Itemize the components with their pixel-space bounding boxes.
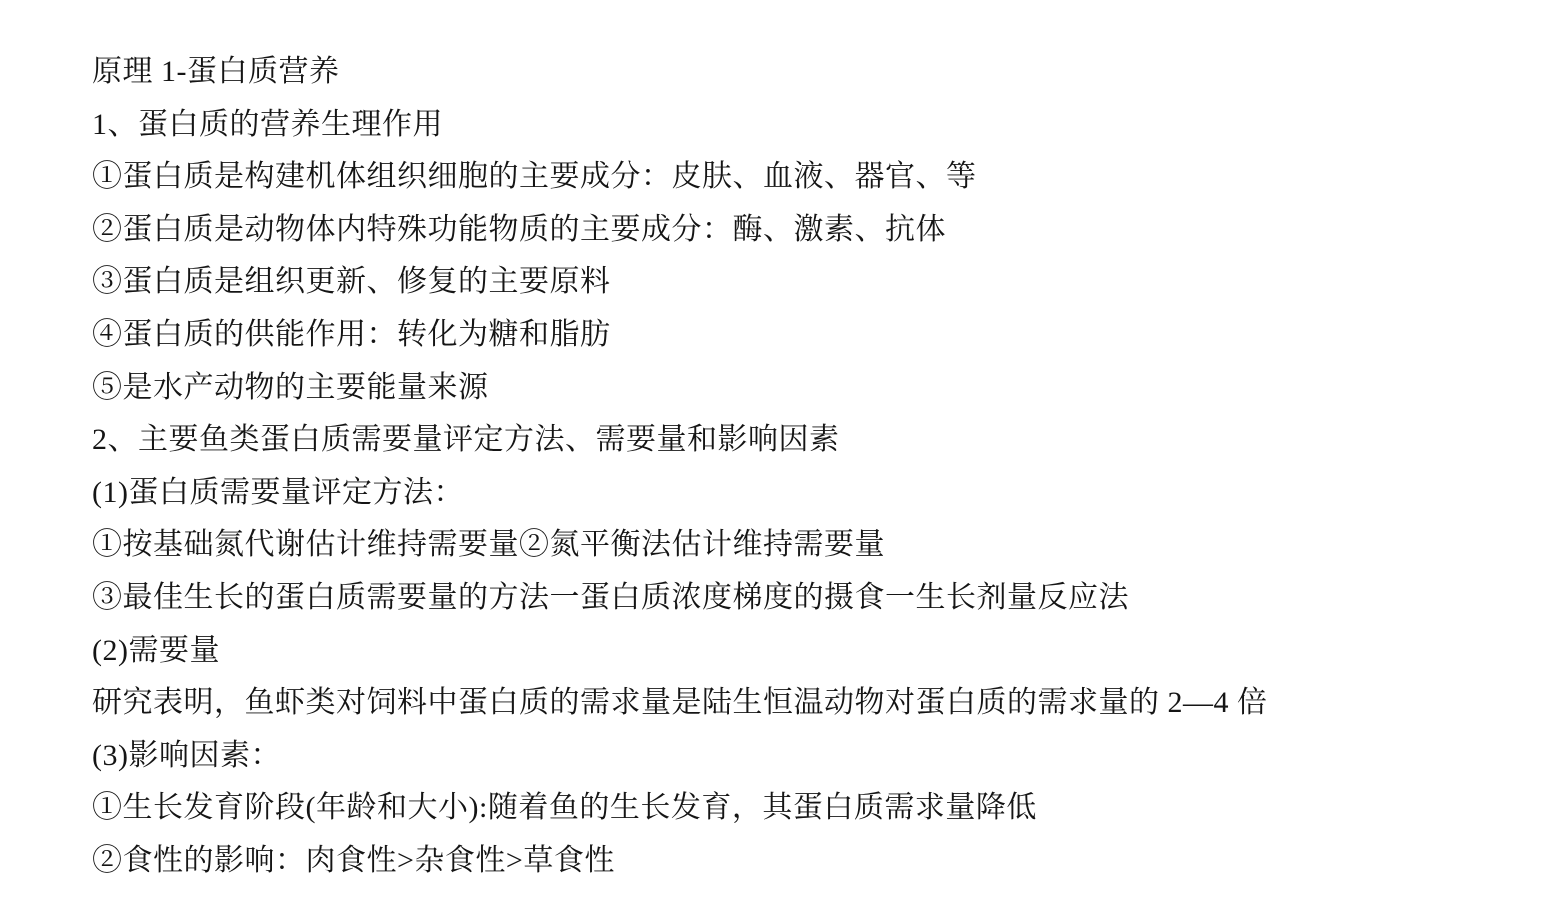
doc-subsection-2-body: 研究表明，鱼虾类对饲料中蛋白质的需求量是陆生恒温动物对蛋白质的需求量的 2—4 …: [92, 677, 1520, 730]
doc-section-heading-2: 2、主要鱼类蛋白质需要量评定方法、需要量和影响因素: [92, 414, 1520, 467]
doc-subsection-1-item-2: ③最佳生长的蛋白质需要量的方法一蛋白质浓度梯度的摄食一生长剂量反应法: [92, 572, 1520, 625]
doc-section-heading: 1、蛋白质的营养生理作用: [92, 99, 1520, 152]
doc-list-item-4: ④蛋白质的供能作用：转化为糖和脂肪: [92, 309, 1520, 362]
document-page: 原理 1-蛋白质营养 1、蛋白质的营养生理作用 ①蛋白质是构建机体组织细胞的主要…: [0, 0, 1560, 898]
doc-list-item-2: ②蛋白质是动物体内特殊功能物质的主要成分：酶、激素、抗体: [92, 204, 1520, 257]
doc-subsection-3: (3)影响因素：: [92, 730, 1520, 783]
doc-subsection-2: (2)需要量: [92, 625, 1520, 678]
doc-subsection-1: (1)蛋白质需要量评定方法：: [92, 467, 1520, 520]
doc-subsection-3-item-1: ①生长发育阶段(年龄和大小):随着鱼的生长发育，其蛋白质需求量降低: [92, 782, 1520, 835]
doc-list-item-3: ③蛋白质是组织更新、修复的主要原料: [92, 256, 1520, 309]
doc-list-item-5: ⑤是水产动物的主要能量来源: [92, 362, 1520, 415]
doc-title-line: 原理 1-蛋白质营养: [92, 46, 1520, 99]
doc-subsection-1-item: ①按基础氮代谢估计维持需要量②氮平衡法估计维持需要量: [92, 519, 1520, 572]
doc-subsection-3-item-2: ②食性的影响：肉食性>杂食性>草食性: [92, 835, 1520, 888]
doc-list-item-1: ①蛋白质是构建机体组织细胞的主要成分：皮肤、血液、器官、等: [92, 151, 1520, 204]
